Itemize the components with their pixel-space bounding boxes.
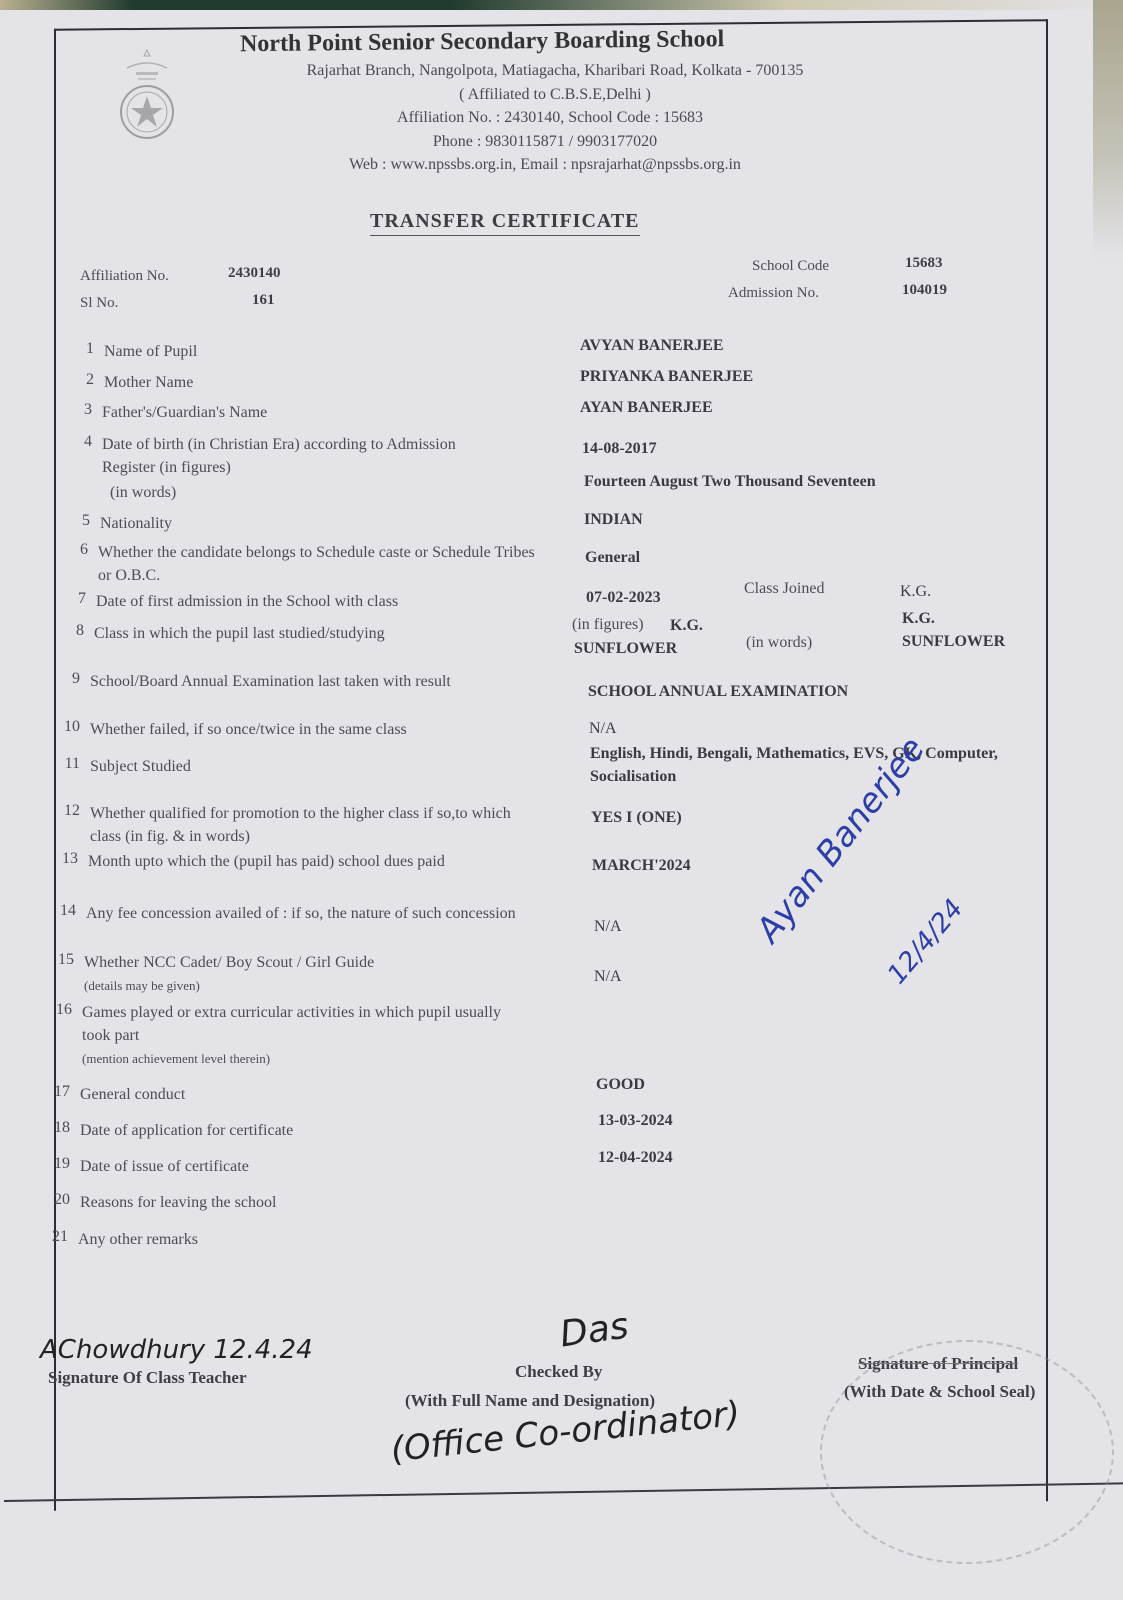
field-label: Mother Name xyxy=(104,371,554,394)
field-number: 9 xyxy=(50,670,80,688)
field-label: Class in which the pupil last studied/st… xyxy=(94,622,544,645)
dues-paid-value: MARCH'2024 xyxy=(592,854,691,877)
pupil-name-value: AVYAN BANERJEE xyxy=(580,334,724,357)
mother-name-value: PRIYANKA BANERJEE xyxy=(580,365,753,388)
school-web-email: Web : www.npssbs.org.in, Email : npsraja… xyxy=(185,156,905,174)
promotion-value: YES I (ONE) xyxy=(591,806,682,829)
school-phone: Phone : 9830115871 / 9903177020 xyxy=(185,133,905,151)
field-label: Name of Pupil xyxy=(104,340,554,363)
admission-no-value: 104019 xyxy=(902,282,947,299)
subjects-value: English, Hindi, Bengali, Mathematics, EV… xyxy=(590,742,1030,788)
dob-words-value: Fourteen August Two Thousand Seventeen xyxy=(584,470,876,493)
last-exam-value: SCHOOL ANNUAL EXAMINATION xyxy=(588,680,848,703)
field-label: Whether NCC Cadet/ Boy Scout / Girl Guid… xyxy=(84,954,374,971)
field-number: 14 xyxy=(46,902,76,920)
field-number: 12 xyxy=(50,802,80,820)
field-sub-label: (in words) xyxy=(110,481,560,504)
photo-background-edge xyxy=(0,0,1123,10)
field-label: Games played or extra curricular activit… xyxy=(82,1004,501,1044)
ncc-value: N/A xyxy=(594,965,622,988)
principal-signature-sub-label: (With Date & School Seal) xyxy=(844,1382,1035,1402)
class-figures-value: K.G. SUNFLOWER xyxy=(574,614,714,660)
class-joined-label: Class Joined xyxy=(744,580,824,598)
field-label: Whether the candidate belongs to Schedul… xyxy=(98,541,538,587)
field-number: 17 xyxy=(40,1083,70,1101)
field-number: 2 xyxy=(64,371,94,389)
category-value: General xyxy=(585,546,640,569)
field-label: Nationality xyxy=(100,512,550,535)
field-number: 10 xyxy=(50,718,80,736)
field-number: 15 xyxy=(44,951,74,969)
field-label: Any other remarks xyxy=(78,1228,528,1251)
field-label: Reasons for leaving the school xyxy=(80,1191,530,1214)
nationality-value: INDIAN xyxy=(584,508,643,531)
field-label: School/Board Annual Examination last tak… xyxy=(90,670,520,693)
field-number: 3 xyxy=(62,401,92,419)
field-label: Date of birth (in Christian Era) accordi… xyxy=(102,433,482,479)
issue-date-value: 12-04-2024 xyxy=(598,1146,673,1169)
principal-signature-label: Signature of Principal xyxy=(858,1354,1018,1374)
field-label: General conduct xyxy=(80,1083,530,1106)
field-number: 18 xyxy=(40,1119,70,1137)
school-affiliation: ( Affiliated to C.B.S.E,Delhi ) xyxy=(195,86,915,104)
fee-concession-value: N/A xyxy=(594,915,622,938)
field-sub-label: (mention achievement level therein) xyxy=(82,1051,270,1066)
field-label: Date of first admission in the School wi… xyxy=(96,590,546,613)
field-sub-label: (details may be given) xyxy=(84,978,200,993)
class-teacher-signature-label: Signature Of Class Teacher xyxy=(48,1368,247,1388)
field-number: 1 xyxy=(64,340,94,358)
class-words-label: (in words) xyxy=(746,634,812,652)
field-number: 20 xyxy=(40,1191,70,1209)
school-crest-star-icon xyxy=(112,46,182,146)
field-number: 19 xyxy=(40,1155,70,1173)
school-codes: Affiliation No. : 2430140, School Code :… xyxy=(190,109,910,127)
field-label: Whether qualified for promotion to the h… xyxy=(90,802,530,848)
conduct-value: GOOD xyxy=(596,1073,645,1096)
field-label: Whether failed, if so once/twice in the … xyxy=(90,718,540,741)
field-label: Subject Studied xyxy=(90,755,540,778)
admission-no-label: Admission No. xyxy=(728,285,819,302)
sl-no-value: 161 xyxy=(252,292,275,309)
class-joined-value: K.G. xyxy=(900,580,931,603)
first-admission-date-value: 07-02-2023 xyxy=(586,586,661,609)
checked-by-label: Checked By xyxy=(515,1362,602,1382)
field-number: 8 xyxy=(54,622,84,640)
field-number: 11 xyxy=(50,755,80,773)
field-number: 6 xyxy=(58,541,88,559)
affiliation-value: 2430140 xyxy=(228,265,281,282)
field-number: 5 xyxy=(60,512,90,530)
photo-background-edge-right xyxy=(1093,0,1123,260)
dob-figures-value: 14-08-2017 xyxy=(582,437,657,460)
field-label: Date of issue of certificate xyxy=(80,1155,530,1178)
class-teacher-signature: AChowdhury 12.4.24 xyxy=(40,1335,313,1365)
field-number: 4 xyxy=(62,433,92,451)
application-date-value: 13-03-2024 xyxy=(598,1109,673,1132)
school-code-label: School Code xyxy=(752,258,829,275)
sl-no-label: Sl No. xyxy=(80,295,118,312)
field-number: 16 xyxy=(42,1001,72,1019)
class-words-value: K.G. SUNFLOWER xyxy=(902,607,1022,653)
school-code-value: 15683 xyxy=(905,255,943,272)
field-label: Month upto which the (pupil has paid) sc… xyxy=(88,850,518,873)
field-number: 13 xyxy=(48,850,78,868)
field-label: Father's/Guardian's Name xyxy=(102,401,552,424)
document-title: TRANSFER CERTIFICATE xyxy=(370,210,640,236)
failed-value: N/A xyxy=(589,717,617,740)
father-name-value: AYAN BANERJEE xyxy=(580,396,713,419)
field-label: Date of application for certificate xyxy=(80,1119,530,1142)
field-label: Any fee concession availed of : if so, t… xyxy=(86,902,516,925)
school-address: Rajarhat Branch, Nangolpota, Matiagacha,… xyxy=(195,62,915,80)
field-number: 7 xyxy=(56,590,86,608)
affiliation-label: Affiliation No. xyxy=(80,268,169,285)
field-number: 21 xyxy=(38,1228,68,1246)
